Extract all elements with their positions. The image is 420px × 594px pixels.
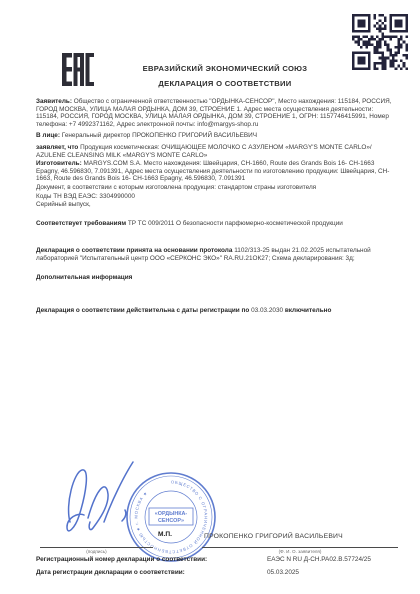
name-line — [202, 547, 398, 548]
field-value: Продукция косметическая: ОЧИЩАЮЩЕЕ МОЛОЧ… — [36, 144, 372, 159]
stamp-place-label: М.П. — [158, 531, 172, 538]
paragraph-additional-info: Дополнительная информация — [36, 274, 396, 282]
field-value: Генеральный директор ПРОКОПЕНКО ГРИГОРИЙ… — [62, 132, 257, 139]
field-value: ТР ТС 009/2011 О безопасности парфюмерно… — [128, 220, 343, 227]
reg-date-label: Дата регистрации декларации о соответств… — [36, 569, 185, 576]
document-body: Заявитель: Общество с ограниченной ответ… — [36, 97, 396, 315]
field-label: Декларация о соответствии принята на осн… — [36, 247, 232, 254]
name-caption: (Ф. И. О. заявителя) — [202, 549, 398, 554]
paragraph-product: заявляет, что Продукция косметическая: О… — [36, 144, 396, 159]
stamp-center-line2: СЕНСОР» — [158, 518, 184, 524]
paragraph-applicant: Заявитель: Общество с ограниченной ответ… — [36, 98, 396, 128]
field-label: Заявитель: — [36, 98, 72, 105]
declaration-document: ЕВРАЗИЙСКИЙ ЭКОНОМИЧЕСКИЙ СОЮЗ ДЕКЛАРАЦИ… — [0, 0, 420, 594]
paragraph-standard: Документ, в соответствии с которым изгот… — [36, 184, 396, 192]
field-suffix: включительно — [285, 307, 332, 314]
field-value: MARGYS.COM S.A. Место нахождения: Швейца… — [36, 160, 389, 182]
field-label: Дополнительная информация — [36, 274, 132, 281]
field-value: 03.03.2030 — [251, 307, 283, 314]
paragraph-manufacturer: Изготовитель: MARGYS.COM S.A. Место нахо… — [36, 160, 396, 183]
paragraph-basis: Декларация о соответствии принята на осн… — [36, 247, 396, 262]
field-label: Изготовитель: — [36, 160, 82, 167]
field-label: заявляет, что — [36, 144, 78, 151]
field-value: Коды ТН ВЭД ЕАЭС: 3304990000 — [36, 193, 135, 200]
paragraph-validity: Декларация о соответствии действительна … — [36, 307, 396, 315]
qr-code-icon — [352, 14, 408, 70]
signature-caption: (подпись) — [40, 549, 153, 554]
field-label: Соответствует требованиям — [36, 220, 126, 227]
document-header: ЕВРАЗИЙСКИЙ ЭКОНОМИЧЕСКИЙ СОЮЗ ДЕКЛАРАЦИ… — [90, 64, 360, 88]
paragraph-serial: Серийный выпуск, — [36, 201, 396, 209]
signer-name: ПРОКОПЕНКО ГРИГОРИЙ ВАСИЛЬЕВИЧ — [204, 533, 404, 540]
reg-number-value: ЕАЭС N RU Д-CH.РА02.В.57724/25 — [267, 556, 371, 563]
stamp-center-line1: «ОРДЫНКА- — [155, 511, 188, 517]
signature-line — [40, 547, 153, 548]
field-value: Общество с ограниченной ответственностью… — [36, 98, 391, 128]
field-label: В лице: — [36, 132, 60, 139]
paragraph-requirements: Соответствует требованиям ТР ТС 009/2011… — [36, 220, 396, 228]
paragraph-tnved-codes: Коды ТН ВЭД ЕАЭС: 3304990000 — [36, 193, 396, 201]
paragraph-representative: В лице: Генеральный директор ПРОКОПЕНКО … — [36, 132, 396, 140]
reg-date-value: 05.03.2025 — [267, 569, 299, 576]
reg-number-label: Регистрационный номер декларации о соотв… — [36, 556, 207, 563]
field-value: Серийный выпуск, — [36, 201, 91, 208]
document-title: ДЕКЛАРАЦИЯ О СООТВЕТСТВИИ — [90, 79, 360, 88]
field-value: Документ, в соответствии с которым изгот… — [36, 184, 316, 191]
field-label: Декларация о соответствии действительна … — [36, 307, 249, 314]
union-title: ЕВРАЗИЙСКИЙ ЭКОНОМИЧЕСКИЙ СОЮЗ — [90, 64, 360, 73]
